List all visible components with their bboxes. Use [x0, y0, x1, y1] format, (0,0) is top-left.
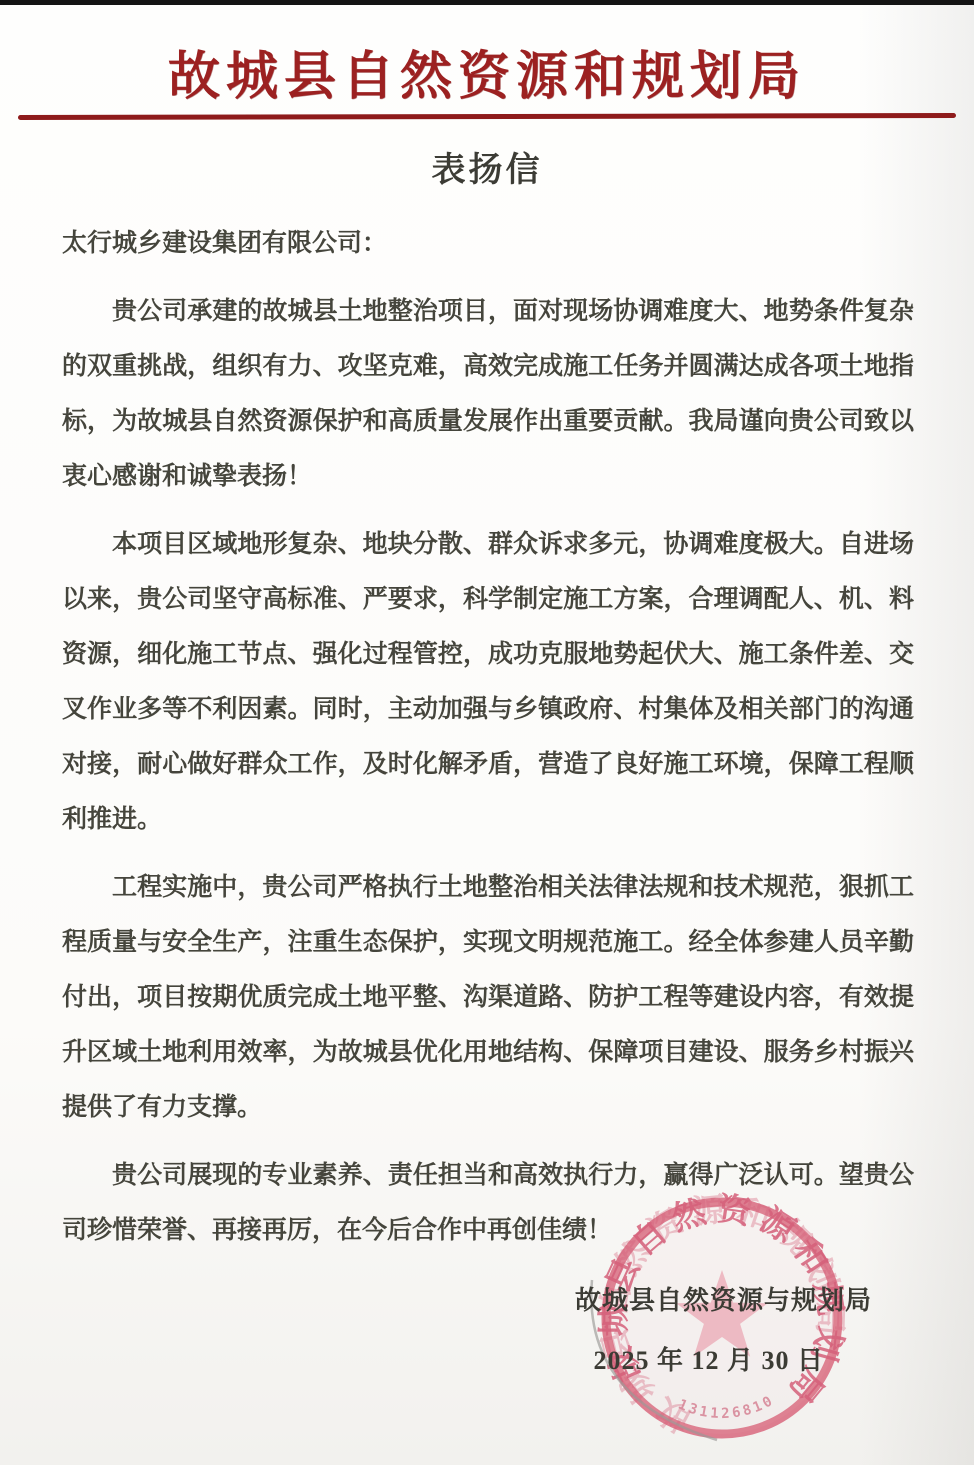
- letter-body: 太行城乡建设集团有限公司： 贵公司承建的故城县土地整治项目，面对现场协调难度大、…: [62, 216, 914, 1258]
- letter-title: 表扬信: [0, 150, 974, 190]
- signature-org: 故城县自然资源与规划局: [575, 1280, 872, 1317]
- top-black-bar: [0, 0, 974, 5]
- letterhead-title: 故城县自然资源和规划局: [0, 0, 974, 108]
- letterhead-divider: [18, 113, 956, 120]
- paragraph-1: 贵公司承建的故城县土地整治项目，面对现场协调难度大、地势条件复杂的双重挑战，组织…: [62, 284, 914, 504]
- signature-date: 2025 年 12 月 30 日: [593, 1340, 824, 1377]
- salutation: 太行城乡建设集团有限公司：: [62, 216, 914, 271]
- paragraph-2: 本项目区域地形复杂、地块分散、群众诉求多元，协调难度极大。自进场以来，贵公司坚守…: [62, 517, 914, 847]
- paragraph-3: 工程实施中，贵公司严格执行土地整治相关法律法规和技术规范，狠抓工程质量与安全生产…: [62, 860, 914, 1135]
- letter-page: 故城县自然资源和规划局 表扬信 太行城乡建设集团有限公司： 贵公司承建的故城县土…: [0, 0, 974, 1465]
